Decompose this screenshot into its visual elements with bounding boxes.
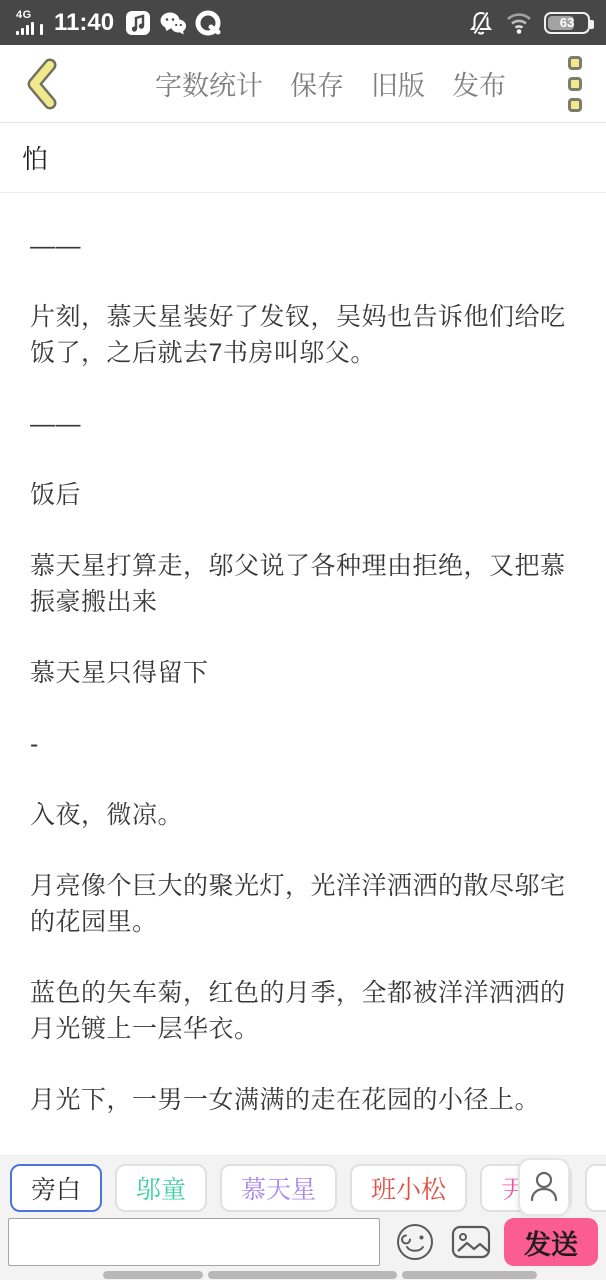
toolbar: 字数统计 保存 旧版 发布	[0, 45, 606, 123]
q-app-icon	[195, 10, 222, 36]
character-button[interactable]: 慕天星	[220, 1164, 337, 1212]
character-button[interactable]: 陶西	[585, 1164, 606, 1212]
three-squares-icon	[568, 56, 582, 112]
story-paragraph: 慕天星只得留下	[30, 655, 578, 691]
status-bar: 4G 11:40	[0, 0, 606, 45]
menu-button[interactable]	[566, 52, 584, 116]
story-paragraph: 慕天星打算走，邬父说了各种理由拒绝，又把慕振豪搬出来	[30, 548, 578, 620]
wifi-icon	[506, 11, 532, 35]
story-paragraph: -	[30, 726, 578, 762]
composer-row: 发送	[0, 1214, 606, 1266]
clock-label: 11:40	[54, 9, 114, 37]
composer-panel: 旁白邬童慕天星班小松尹柯陶西	[0, 1155, 606, 1280]
bell-muted-icon	[468, 9, 494, 37]
person-outline-icon	[527, 1169, 561, 1205]
signal-bars-icon: 4G	[16, 10, 43, 35]
character-button[interactable]: 旁白	[10, 1164, 102, 1212]
message-input[interactable]	[8, 1218, 380, 1266]
save-button[interactable]: 保存	[290, 64, 344, 103]
wink-smiley-icon	[395, 1222, 435, 1262]
chapter-title-input[interactable]	[22, 142, 584, 173]
word-count-button[interactable]: 字数统计	[155, 64, 263, 103]
app-screen: 4G 11:40	[0, 0, 606, 1280]
story-paragraph: 入夜，微凉。	[30, 797, 578, 833]
battery-icon: 63	[544, 12, 590, 34]
keyboard-hint-bars	[0, 1266, 606, 1280]
story-paragraph: ——	[30, 406, 578, 442]
character-button[interactable]: 班小松	[350, 1164, 467, 1212]
story-paragraph: ——	[30, 228, 578, 264]
old-version-button[interactable]: 旧版	[371, 64, 425, 103]
wechat-icon	[159, 10, 187, 36]
chapter-title-row	[0, 123, 606, 193]
publish-button[interactable]: 发布	[452, 64, 506, 103]
story-editor[interactable]: ——片刻，慕天星装好了发钗，吴妈也告诉他们给吃饭了，之后就去7书房叫邬父。——饭…	[0, 193, 606, 1155]
story-paragraph: 蓝色的矢车菊，红色的月季，全都被洋洋洒洒的月光镀上一层华衣。	[30, 975, 578, 1047]
image-button[interactable]	[450, 1223, 492, 1261]
character-button[interactable]: 邬童	[115, 1164, 207, 1212]
network-type-label: 4G	[16, 10, 32, 21]
story-paragraph: 月光下，一男一女满满的走在花园的小径上。	[30, 1082, 578, 1118]
story-paragraph: 饭后	[30, 477, 578, 513]
send-button[interactable]: 发送	[504, 1218, 598, 1266]
music-app-icon	[125, 10, 151, 36]
battery-percent-label: 63	[560, 15, 574, 30]
picture-icon	[450, 1223, 492, 1261]
chevron-left-icon	[22, 58, 62, 110]
emoji-button[interactable]	[395, 1222, 435, 1262]
character-bar: 旁白邬童慕天星班小松尹柯陶西	[0, 1156, 606, 1214]
story-paragraph: 片刻，慕天星装好了发钗，吴妈也告诉他们给吃饭了，之后就去7书房叫邬父。	[30, 299, 578, 371]
back-button[interactable]	[22, 57, 68, 111]
story-paragraph: 月亮像个巨大的聚光灯，光洋洋洒洒的散尽邬宅的花园里。	[30, 868, 578, 940]
manage-characters-button[interactable]	[518, 1158, 570, 1216]
